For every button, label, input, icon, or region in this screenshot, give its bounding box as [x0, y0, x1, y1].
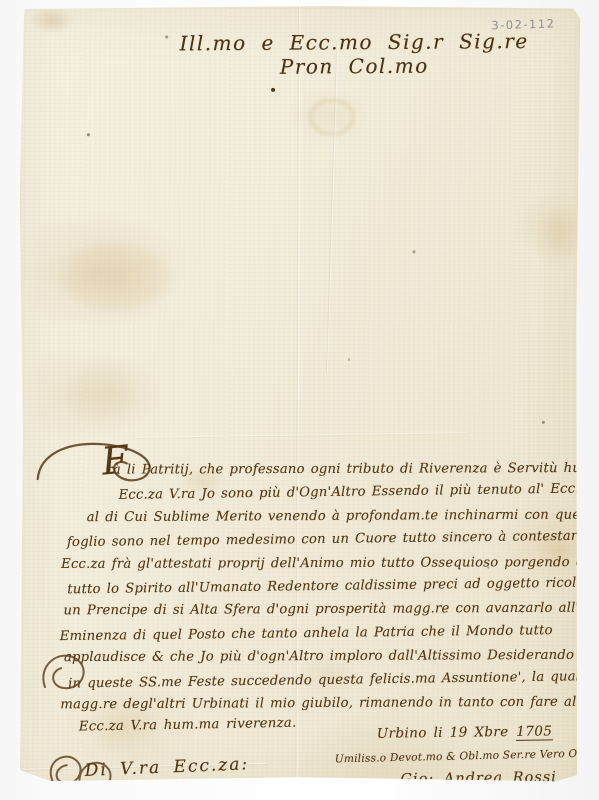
place-date: Urbino li 19 Xbre 1705: [377, 723, 554, 741]
ink-speck: [412, 250, 415, 253]
valediction-line: Umiliss.o Devot.mo & Obl.mo Ser.re Vero …: [335, 748, 583, 766]
foxing-stain: [526, 195, 588, 280]
salutation-line: Ill.mo e Ecc.mo Sig.r Sig.re Pron Col.mo: [159, 29, 549, 80]
foxing-stain: [46, 340, 181, 445]
foxing-stain: [40, 229, 190, 325]
ink-speck: [87, 133, 90, 136]
letter-body: rà li Patritij, che professano ogni trib…: [56, 456, 570, 718]
year-underlined: 1705: [515, 723, 553, 741]
fold-crease: [325, 42, 338, 372]
manuscript-line: Ecc.za V.ra hum.ma riverenza.: [79, 716, 297, 735]
fold-crease: [136, 432, 466, 440]
letter-page: 3-02-112 Ill.mo e Ecc.mo Sig.r Sig.re Pr…: [17, 5, 582, 786]
foxing-stain: [23, 3, 81, 37]
signature: Gio: Andrea Rossi: [379, 769, 579, 788]
stain-ring: [301, 92, 363, 142]
manuscript-line: magg.re degl'altri Urbinati il mio giubi…: [60, 691, 570, 717]
closing-left-valediction: Di V.ra Ecc.za:: [84, 754, 249, 781]
ink-speck: [271, 88, 275, 92]
place-date-text: Urbino li 19 Xbre: [377, 724, 516, 742]
manuscript-line: foglio sono nel tempo medesimo con un Cu…: [67, 525, 569, 555]
ink-speck: [348, 358, 350, 361]
ink-speck: [542, 421, 545, 424]
